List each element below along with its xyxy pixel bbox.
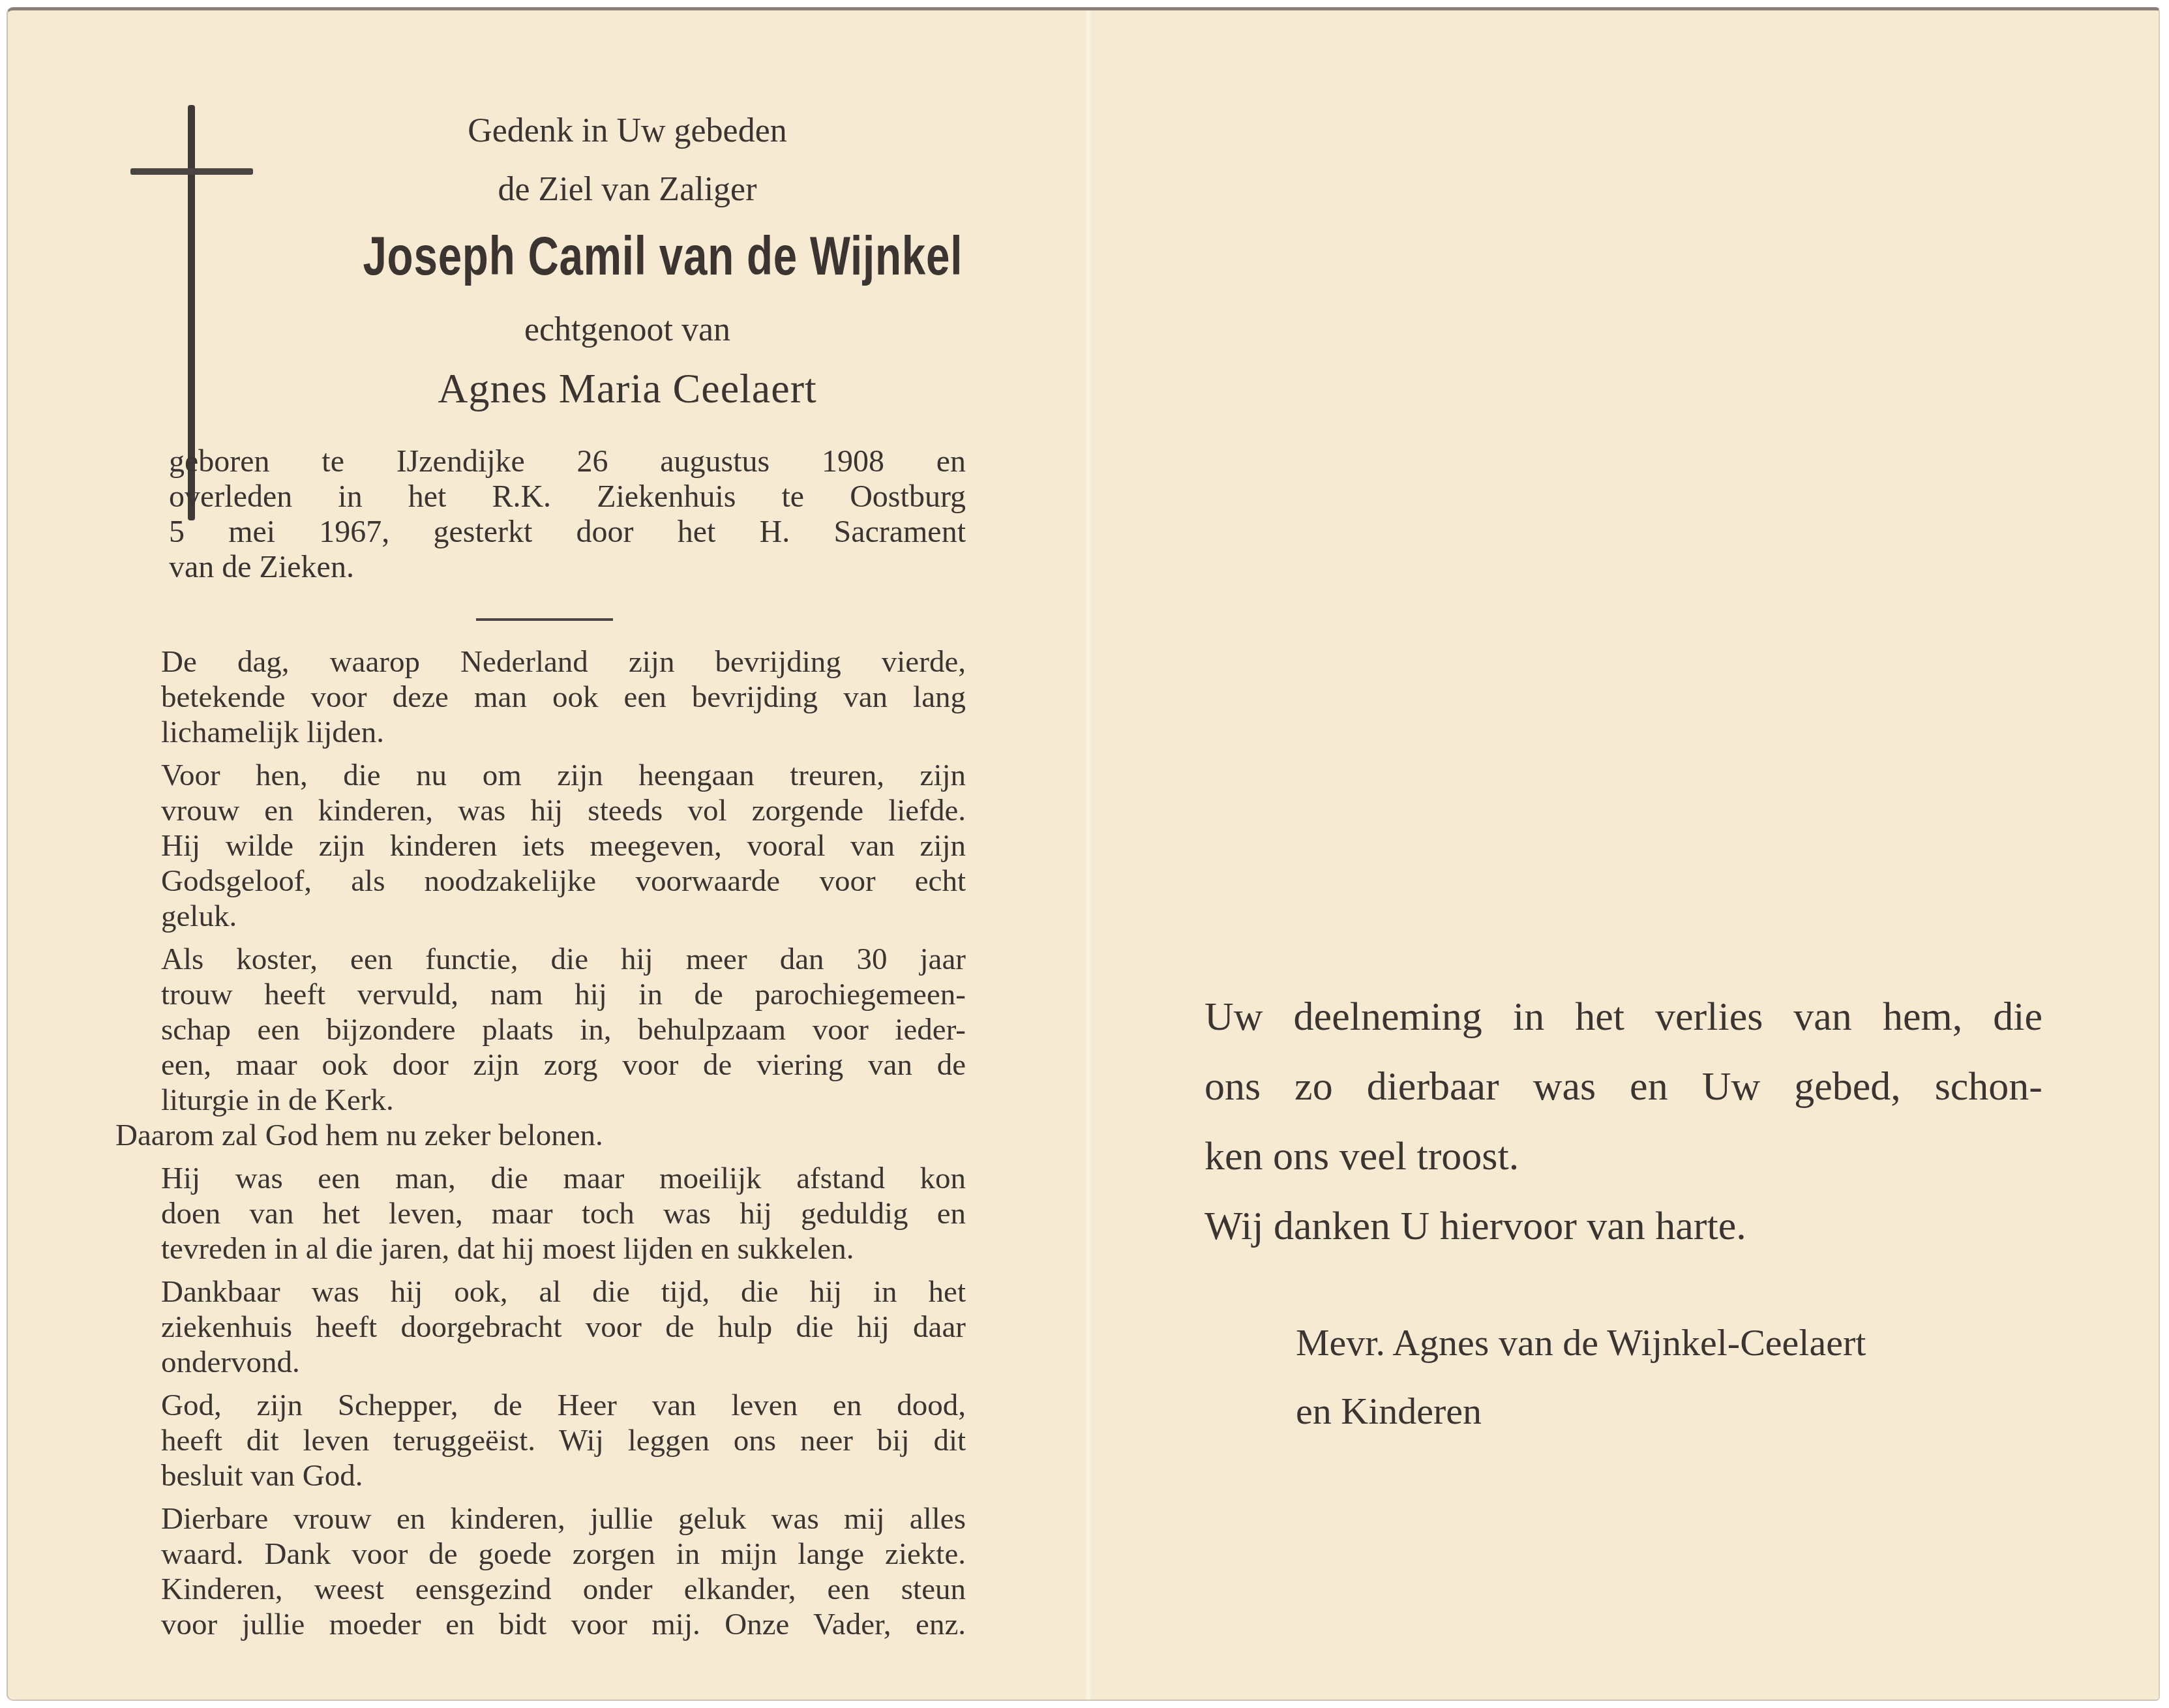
remembrance-line: Gedenk in Uw gebeden <box>288 112 966 150</box>
text-line: 5 mei 1967, gesterkt door het H. Sacrame… <box>169 515 966 550</box>
text-line: ziekenhuis heeft doorgebracht voor de hu… <box>115 1310 966 1345</box>
text-line: lichamelijk lijden. <box>115 715 966 750</box>
paragraph: Dankbaar was hij ook, al die tijd, die h… <box>115 1274 966 1380</box>
text-line: Dankbaar was hij ook, al die tijd, die h… <box>115 1274 966 1310</box>
text-line: liturgie in de Kerk. <box>115 1083 966 1118</box>
paragraph: Dierbare vrouw en kinderen, jullie geluk… <box>115 1501 966 1642</box>
text-line: voor jullie moeder en bidt voor mij. Onz… <box>115 1607 966 1642</box>
spouse-label: echtgenoot van <box>288 310 966 349</box>
text-line: Kinderen, weest eensgezind onder elkande… <box>115 1572 966 1607</box>
text-line: een, maar ook door zijn zorg voor de vie… <box>115 1047 966 1083</box>
text-line: van de Zieken. <box>169 550 966 585</box>
text-line: overleden in het R.K. Ziekenhuis te Oost… <box>169 479 966 515</box>
spouse-name: Agnes Maria Ceelaert <box>288 365 966 413</box>
text-line: Wij danken U hiervoor van harte. <box>1204 1191 2042 1261</box>
soul-line: de Ziel van Zaliger <box>288 170 966 209</box>
text-line: geboren te IJzendijke 26 augustus 1908 e… <box>169 444 966 479</box>
signature-family: en Kinderen <box>1296 1377 1866 1445</box>
text-line: Hij was een man, die maar moeilijk afsta… <box>115 1161 966 1196</box>
text-line: Godsgeloof, als noodzakelijke voorwaarde… <box>115 863 966 899</box>
paragraph: Hij was een man, die maar moeilijk afsta… <box>115 1161 966 1266</box>
text-line: Hij wilde zijn kinderen iets meegeven, v… <box>115 828 966 863</box>
text-line: tevreden in al die jaren, dat hij moest … <box>115 1231 966 1266</box>
text-line: Voor hen, die nu om zijn heengaan treure… <box>115 758 966 793</box>
text-line: heeft dit leven teruggeëist. Wij leggen … <box>115 1423 966 1458</box>
separator-rule <box>476 618 613 621</box>
text-line: ons zo dierbaar was en Uw gebed, schon- <box>1204 1052 2042 1122</box>
birth-death-paragraph: geboren te IJzendijke 26 augustus 1908 e… <box>169 444 966 585</box>
text-line: Dierbare vrouw en kinderen, jullie geluk… <box>115 1501 966 1536</box>
text-line: besluit van God. <box>115 1458 966 1493</box>
text-line: Daarom zal God hem nu zeker belonen. <box>115 1118 966 1153</box>
text-line: God, zijn Schepper, de Heer van leven en… <box>115 1388 966 1423</box>
paragraph: God, zijn Schepper, de Heer van leven en… <box>115 1388 966 1493</box>
text-line: ondervond. <box>115 1345 966 1380</box>
text-line: trouw heeft vervuld, nam hij in de paroc… <box>115 977 966 1012</box>
deceased-name: Joseph Camil van de Wijnkel <box>363 224 891 288</box>
text-line: geluk. <box>115 899 966 934</box>
paragraph: Als koster, een functie, die hij meer da… <box>115 942 966 1118</box>
text-line: schap een bijzondere plaats in, behulpza… <box>115 1012 966 1047</box>
memorial-card: Gedenk in Uw gebeden de Ziel van Zaliger… <box>7 7 2160 1701</box>
text-line: De dag, waarop Nederland zijn bevrijding… <box>115 644 966 680</box>
paragraph: Daarom zal God hem nu zeker belonen. <box>115 1118 966 1153</box>
paragraph: De dag, waarop Nederland zijn bevrijding… <box>115 644 966 750</box>
paragraph: Voor hen, die nu om zijn heengaan treure… <box>115 758 966 934</box>
card-fold-line <box>1085 10 1092 1700</box>
text-line: Als koster, een functie, die hij meer da… <box>115 942 966 977</box>
text-line: waard. Dank voor de goede zorgen in mijn… <box>115 1536 966 1572</box>
text-line: doen van het leven, maar toch was hij ge… <box>115 1196 966 1231</box>
eulogy-text: De dag, waarop Nederland zijn bevrijding… <box>115 644 966 1650</box>
signature-name: Mevr. Agnes van de Wijnkel-Ceelaert <box>1296 1308 1866 1377</box>
text-line: vrouw en kinderen, was hij steeds vol zo… <box>115 793 966 828</box>
cross-horizontal-bar <box>130 168 253 175</box>
thanks-text: Uw deelneming in het verlies van hem, di… <box>1204 982 2042 1261</box>
text-line: ken ons veel troost. <box>1204 1122 2042 1191</box>
text-line: betekende voor deze man ook een bevrijdi… <box>115 680 966 715</box>
text-line: Uw deelneming in het verlies van hem, di… <box>1204 982 2042 1052</box>
signature: Mevr. Agnes van de Wijnkel-Ceelaert en K… <box>1296 1308 1866 1445</box>
